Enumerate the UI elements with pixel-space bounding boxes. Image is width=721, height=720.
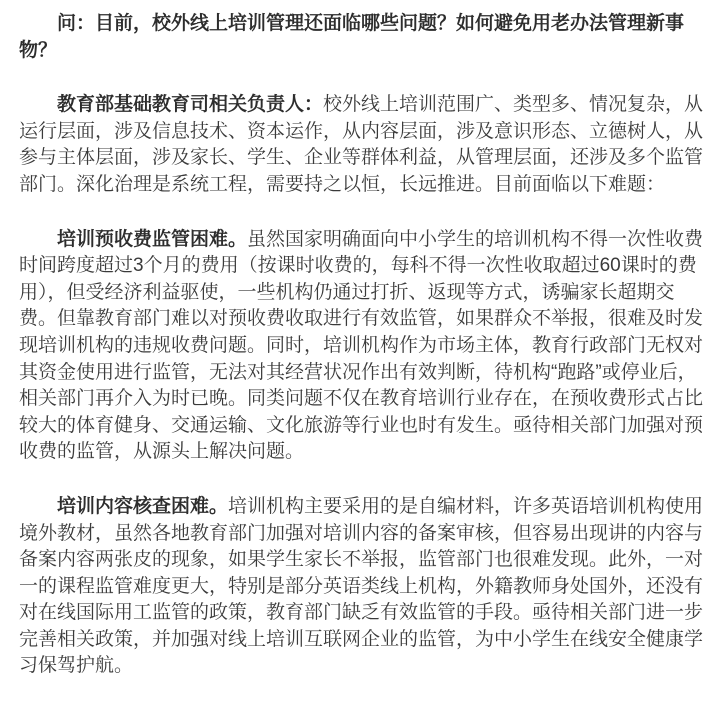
content-review-paragraph: 培训内容核查困难。培训机构主要采用的是自编材料，许多英语培训机构使用境外教材，虽… — [19, 494, 710, 680]
answer-intro-paragraph: 教育部基础教育司相关负责人：校外线上培训范围广、类型多、情况复杂，从运行层面，涉… — [19, 92, 710, 198]
fee-supervision-heading: 培训预收费监管困难。 — [57, 229, 247, 250]
article-body: 问：目前，校外线上培训管理还面临哪些问题？如何避免用老办法管理新事物？ 教育部基… — [0, 0, 721, 680]
content-review-heading: 培训内容核查困难。 — [57, 496, 228, 517]
fee-supervision-paragraph: 培训预收费监管困难。虽然国家明确面向中小学生的培训机构不得一次性收费时间跨度超过… — [19, 227, 710, 466]
respondent-label: 教育部基础教育司相关负责人： — [57, 94, 323, 115]
question-text: 问：目前，校外线上培训管理还面临哪些问题？如何避免用老办法管理新事物？ — [19, 13, 684, 61]
question-paragraph: 问：目前，校外线上培训管理还面临哪些问题？如何避免用老办法管理新事物？ — [19, 11, 710, 64]
fee-supervision-text: 虽然国家明确面向中小学生的培训机构不得一次性收费时间跨度超过3个月的费用（按课时… — [19, 229, 703, 463]
content-review-text: 培训机构主要采用的是自编材料，许多英语培训机构使用境外教材，虽然各地教育部门加强… — [19, 496, 703, 677]
